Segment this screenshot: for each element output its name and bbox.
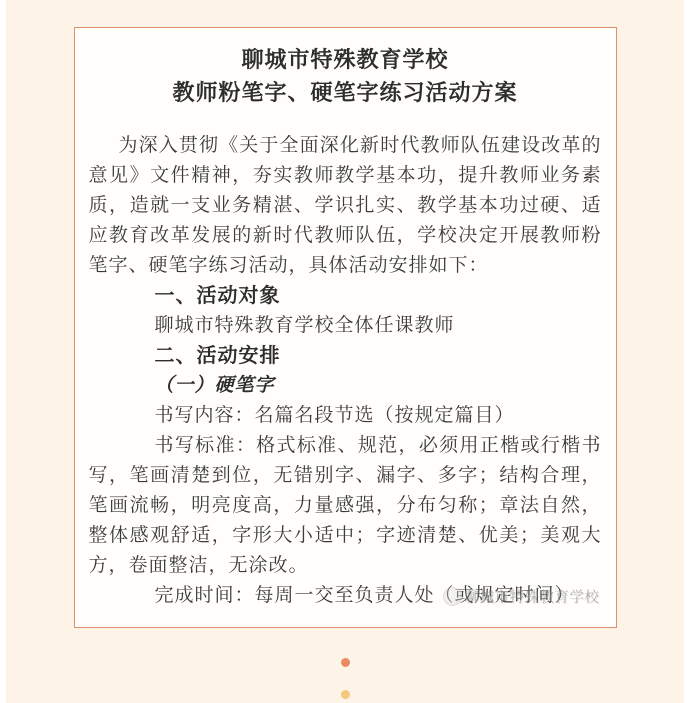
intro-paragraph: 为深入贯彻《关于全面深化新时代教师队伍建设改革的意见》文件精神，夯实教师教学基本…	[89, 131, 602, 281]
completion-time-paragraph: 完成时间：每周一交至负责人处（或规定时间）	[89, 581, 602, 611]
decorative-dot-2	[341, 690, 350, 699]
title-line-1: 聊城市特殊教育学校	[88, 43, 603, 76]
document-title: 聊城市特殊教育学校 教师粉笔字、硬笔字练习活动方案	[88, 43, 603, 109]
page-background: 聊城市特殊教育学校 教师粉笔字、硬笔字练习活动方案 为深入贯彻《关于全面深化新时…	[6, 0, 684, 703]
decorative-dot-1	[341, 658, 350, 667]
section-heading-activity-schedule: 二、活动安排	[89, 341, 602, 371]
activity-target-text: 聊城市特殊教育学校全体任课教师	[89, 311, 602, 341]
document-card: 聊城市特殊教育学校 教师粉笔字、硬笔字练习活动方案 为深入贯彻《关于全面深化新时…	[74, 27, 617, 628]
title-line-2: 教师粉笔字、硬笔字练习活动方案	[88, 76, 603, 109]
subsection-heading-hard-pen: （一）硬笔字	[89, 371, 602, 401]
document-body: 为深入贯彻《关于全面深化新时代教师队伍建设改革的意见》文件精神，夯实教师教学基本…	[89, 131, 602, 611]
writing-standard-paragraph: 书写标准：格式标准、规范，必须用正楷或行楷书写，笔画清楚到位，无错别字、漏字、多…	[89, 431, 602, 581]
section-heading-activity-target: 一、活动对象	[89, 281, 602, 311]
writing-content-paragraph: 书写内容：名篇名段节选（按规定篇目）	[89, 401, 602, 431]
